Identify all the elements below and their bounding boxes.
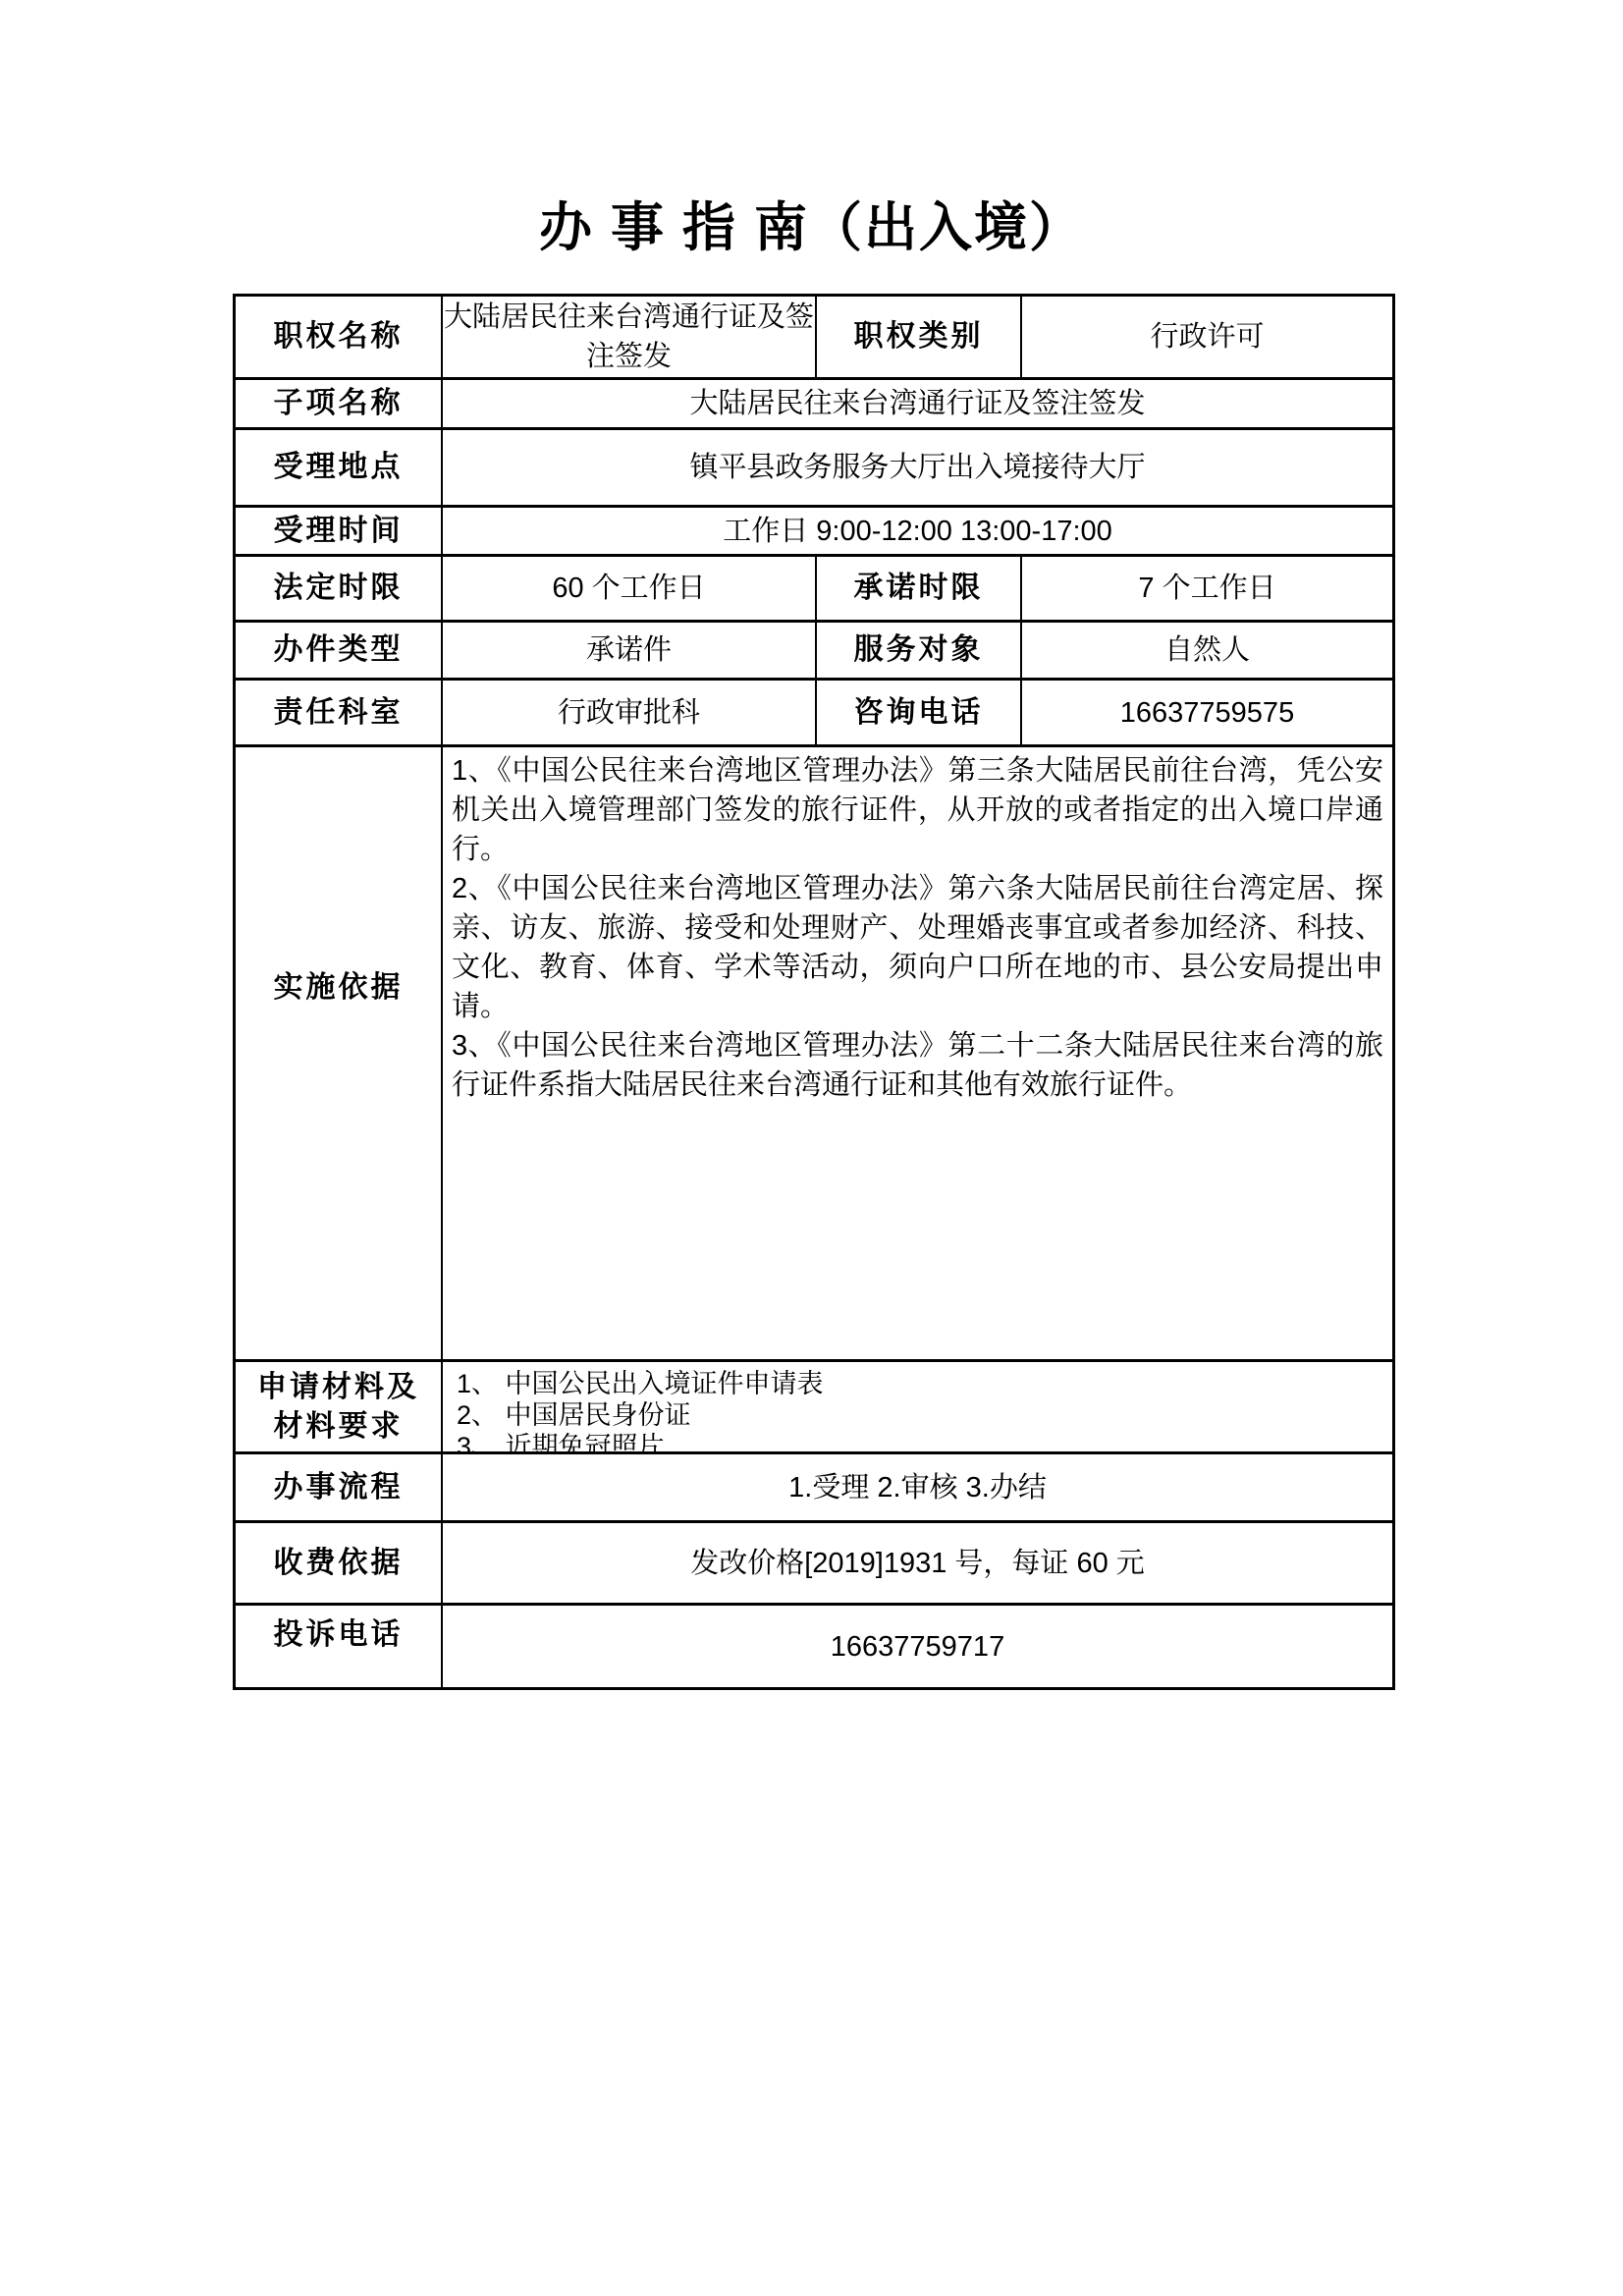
value-authority-name: 大陆居民往来台湾通行证及签注签发 — [443, 297, 817, 380]
label-statutory-time-limit-text: 法定时限 — [274, 569, 404, 608]
label-consultation-phone: 咨询电话 — [817, 681, 1022, 747]
value-acceptance-location: 镇平县政务服务大厅出入境接待大厅 — [443, 430, 1392, 508]
value-responsible-department-text: 行政审批科 — [558, 693, 700, 733]
label-authority-name: 职权名称 — [236, 297, 443, 380]
label-sub-item-name: 子项名称 — [236, 380, 443, 430]
value-complaint-phone-text: 16637759717 — [831, 1627, 1004, 1667]
value-consultation-phone: 16637759575 — [1022, 681, 1392, 747]
label-complaint-phone: 投诉电话 — [236, 1606, 443, 1687]
label-acceptance-time-text: 受理时间 — [274, 512, 404, 551]
label-authority-type-text: 职权类别 — [854, 317, 984, 356]
value-authority-name-text: 大陆居民往来台湾通行证及签注签发 — [443, 298, 815, 376]
value-promised-time-limit: 7 个工作日 — [1022, 557, 1392, 623]
label-promised-time-limit-text: 承诺时限 — [854, 569, 984, 608]
label-promised-time-limit: 承诺时限 — [817, 557, 1022, 623]
value-statutory-time-limit: 60 个工作日 — [443, 557, 817, 623]
value-handling-type-text: 承诺件 — [586, 630, 672, 670]
label-implementation-basis: 实施依据 — [236, 747, 443, 1362]
label-statutory-time-limit: 法定时限 — [236, 557, 443, 623]
value-acceptance-time-text: 工作日 9:00-12:00 13:00-17:00 — [723, 512, 1112, 551]
label-application-materials-text: 申请材料及 材料要求 — [257, 1368, 419, 1447]
value-authority-type: 行政许可 — [1022, 297, 1392, 380]
value-service-target-text: 自然人 — [1164, 630, 1250, 670]
value-consultation-phone-text: 16637759575 — [1120, 693, 1294, 733]
value-sub-item-name-text: 大陆居民往来台湾通行证及签注签发 — [689, 384, 1145, 423]
label-service-target: 服务对象 — [817, 623, 1022, 681]
value-charging-basis-text: 发改价格[2019]1931 号，每证 60 元 — [690, 1544, 1145, 1583]
label-acceptance-time: 受理时间 — [236, 508, 443, 557]
value-charging-basis: 发改价格[2019]1931 号，每证 60 元 — [443, 1523, 1392, 1606]
value-responsible-department: 行政审批科 — [443, 681, 817, 747]
label-authority-type: 职权类别 — [817, 297, 1022, 380]
page-title: 办 事 指 南（出入境） — [0, 192, 1623, 263]
service-guide-table: 职权名称 大陆居民往来台湾通行证及签注签发 职权类别 行政许可 子项名称 大陆居… — [233, 294, 1395, 1690]
label-charging-basis-text: 收费依据 — [274, 1544, 404, 1583]
value-sub-item-name: 大陆居民往来台湾通行证及签注签发 — [443, 380, 1392, 430]
value-application-materials-text: 1、 中国公民出入境证件申请表 2、 中国居民身份证 3、 近期免冠照片 — [457, 1368, 1386, 1454]
label-responsible-department: 责任科室 — [236, 681, 443, 747]
label-handling-type: 办件类型 — [236, 623, 443, 681]
value-service-target: 自然人 — [1022, 623, 1392, 681]
value-implementation-basis: 1、《中国公民往来台湾地区管理办法》第三条大陆居民前往台湾，凭公安机关出入境管理… — [443, 747, 1392, 1362]
label-service-target-text: 服务对象 — [854, 630, 984, 670]
label-handling-type-text: 办件类型 — [274, 630, 404, 670]
label-consultation-phone-text: 咨询电话 — [854, 693, 984, 733]
value-handling-process: 1.受理 2.审核 3.办结 — [443, 1454, 1392, 1523]
label-responsible-department-text: 责任科室 — [274, 693, 404, 733]
value-application-materials: 1、 中国公民出入境证件申请表 2、 中国居民身份证 3、 近期免冠照片 — [443, 1362, 1392, 1454]
label-authority-name-text: 职权名称 — [274, 317, 404, 356]
label-sub-item-name-text: 子项名称 — [274, 384, 404, 423]
label-acceptance-location: 受理地点 — [236, 430, 443, 508]
value-authority-type-text: 行政许可 — [1150, 317, 1264, 356]
label-application-materials: 申请材料及 材料要求 — [236, 1362, 443, 1454]
value-statutory-time-limit-text: 60 个工作日 — [552, 569, 705, 608]
value-handling-type: 承诺件 — [443, 623, 817, 681]
value-acceptance-time: 工作日 9:00-12:00 13:00-17:00 — [443, 508, 1392, 557]
label-implementation-basis-text: 实施依据 — [274, 968, 404, 1008]
value-complaint-phone: 16637759717 — [443, 1606, 1392, 1687]
label-acceptance-location-text: 受理地点 — [274, 448, 404, 487]
label-complaint-phone-text: 投诉电话 — [274, 1615, 404, 1655]
value-handling-process-text: 1.受理 2.审核 3.办结 — [788, 1468, 1047, 1507]
value-implementation-basis-text: 1、《中国公民往来台湾地区管理办法》第三条大陆居民前往台湾，凭公安机关出入境管理… — [452, 751, 1383, 1105]
value-promised-time-limit-text: 7 个工作日 — [1138, 569, 1275, 608]
label-handling-process-text: 办事流程 — [274, 1468, 404, 1507]
label-charging-basis: 收费依据 — [236, 1523, 443, 1606]
label-handling-process: 办事流程 — [236, 1454, 443, 1523]
value-acceptance-location-text: 镇平县政务服务大厅出入境接待大厅 — [689, 448, 1145, 487]
